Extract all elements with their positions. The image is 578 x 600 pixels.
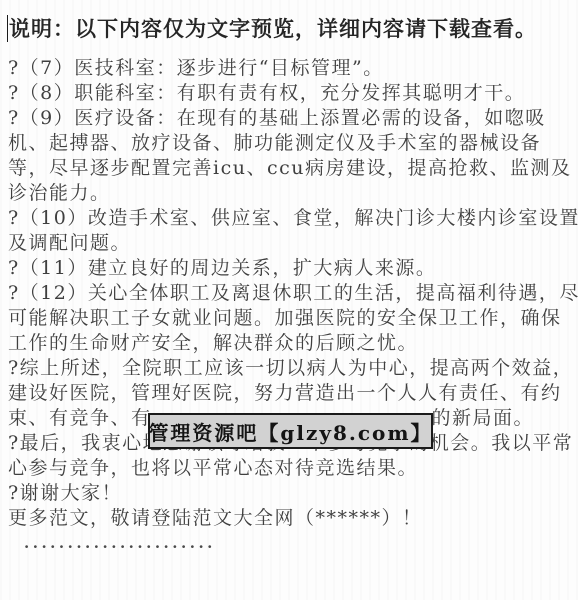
document-body: ?（7）医技科室：逐步进行“目标管理”。 ?（8）职能科室：有职有责有权，充分发… [8,56,574,556]
text-cursor [7,15,8,42]
text-line: 更多范文，敬请登陆范文大全网（******）！ [8,506,574,531]
text-line: 可能解决职工子女就业问题。加强医院的安全保卫工作，确保 [8,306,574,331]
watermark-text: 管理资源吧【glzy8.com】 [148,417,432,446]
text-line: ?综上所述，全院职工应该一切以病人为中心，提高两个效益， [8,356,574,381]
text-fragment-right: 的新局面。 [432,407,535,429]
text-line: ?（11）建立良好的周边关系，扩大病人来源。 [8,256,574,281]
watermark-box: 管理资源吧【glzy8.com】 [148,413,433,449]
text-line: 机、起搏器、放疗设备、肺功能测定仪及手术室的器械设备 [8,131,574,156]
ellipsis-line: ...................... [8,531,574,556]
text-line: ?（7）医技科室：逐步进行“目标管理”。 [8,56,574,81]
text-line: ?（8）职能科室：有职有责有权，充分发挥其聪明才干。 [8,81,574,106]
text-line: 诊治能力。 [8,181,574,206]
document-preview-page: 说明：以下内容仅为文字预览，详细内容请下载查看。 ?（7）医技科室：逐步进行“目… [0,0,578,600]
preview-notice-header: 说明：以下内容仅为文字预览，详细内容请下载查看。 [9,13,537,43]
text-line: ?（10）改造手术室、供应室、食堂，解决门诊大楼内诊室设置 [8,206,574,231]
text-line: 心参与竞争，也将以平常心态对待竞选结果。 [8,456,574,481]
text-line: 等，尽早逐步配置完善icu、ccu病房建设，提高抢救、监测及 [8,156,574,181]
text-line: ?（9）医疗设备：在现有的基础上添置必需的设备，如唿吸 [8,106,574,131]
text-line: 及调配问题。 [8,231,574,256]
text-line: 工作的生命财产安全，解决群众的后顾之忧。 [8,331,574,356]
text-line: ?（12）关心全体职工及离退休职工的生活，提高福利待遇，尽 [8,281,574,306]
text-fragment-left: 束、有竞争、有 [8,407,152,429]
text-line: 建设好医院，管理好医院，努力营造出一个人人有责任、有约 [8,381,574,406]
text-line: ?谢谢大家！ [8,481,574,506]
